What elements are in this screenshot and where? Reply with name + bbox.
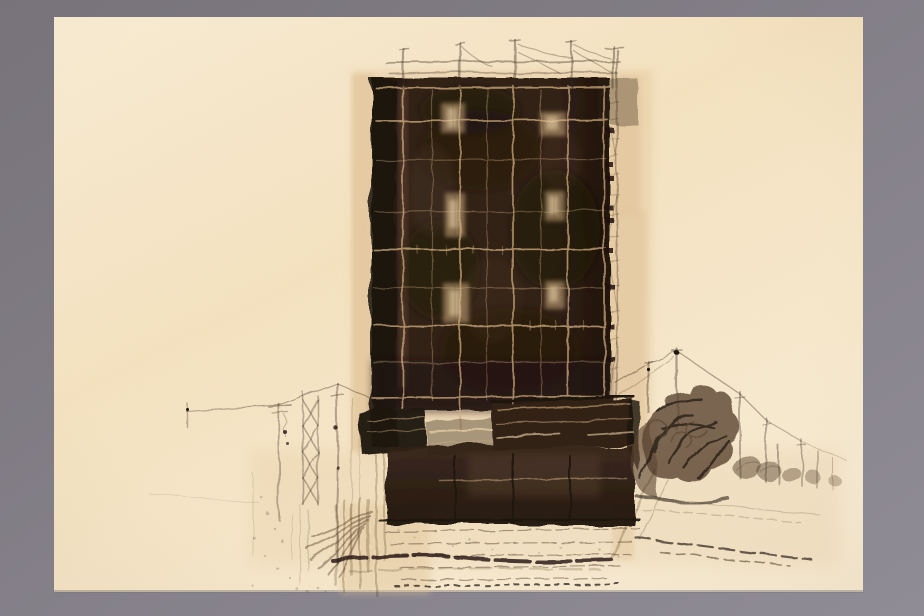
building-facade [371, 78, 638, 446]
artwork-canvas [0, 0, 924, 616]
street-level-storefront [380, 446, 638, 524]
artwork-photo [0, 0, 924, 616]
